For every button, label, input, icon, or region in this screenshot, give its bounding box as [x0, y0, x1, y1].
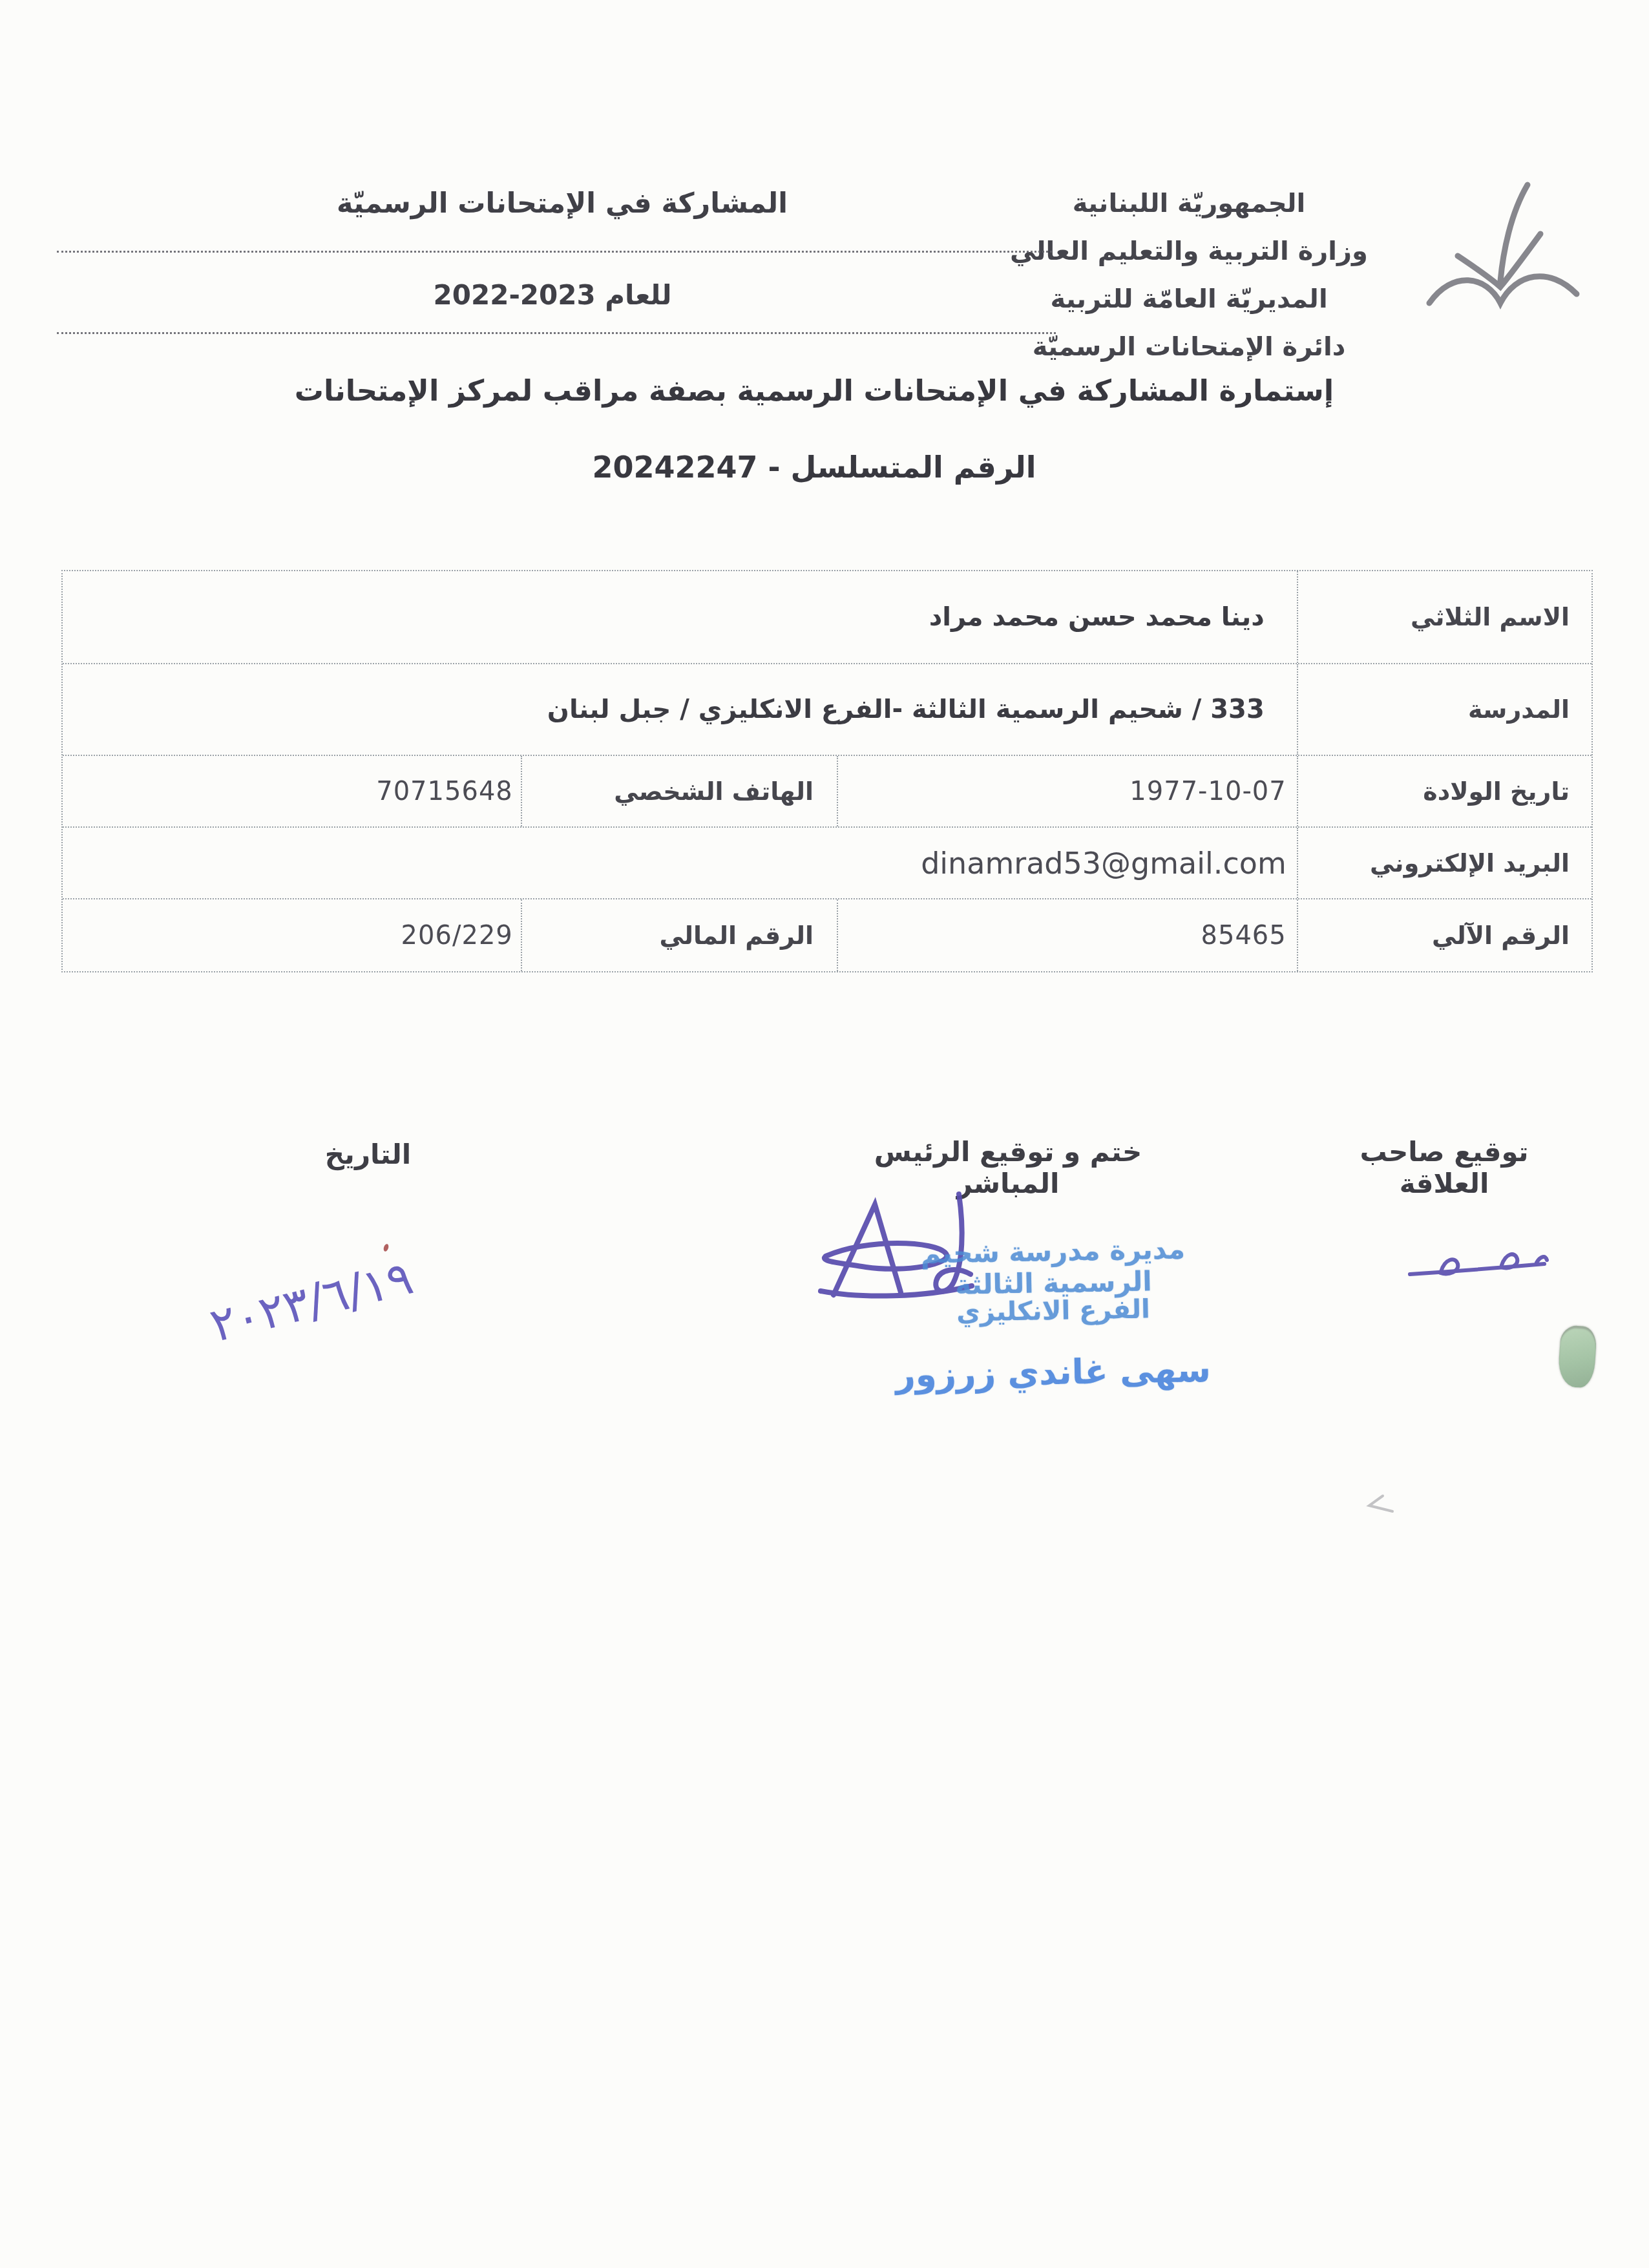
- red-ink-speck: [383, 1243, 389, 1252]
- auto-number-label: الرقم الآلي: [1297, 899, 1591, 971]
- scanned-form-page: الجمهوريّة اللبنانية وزارة التربية والتع…: [0, 0, 1649, 2268]
- email-label: البريد الإلكتروني: [1297, 828, 1591, 898]
- serial-number-line: الرقم المتسلسل - 20242247: [491, 450, 1137, 485]
- participation-title: المشاركة في الإمتحانات الرسميّة: [271, 187, 853, 220]
- financial-number: 206/229: [401, 921, 513, 950]
- stamp-branch-line: الفرع الانكليزي: [874, 1293, 1234, 1329]
- ministry-line-department: دائرة الإمتحانات الرسميّة: [995, 323, 1383, 371]
- dotted-rule-1: [57, 251, 1052, 253]
- financial-number-label: الرقم المالي: [521, 899, 837, 971]
- owner-signature-icon: [1403, 1238, 1552, 1283]
- stamp-director-name: سهى غاندي زرزور: [874, 1350, 1234, 1396]
- table-row-autonumber-financial: الرقم الآلي 85465 الرقم المالي 206/229: [63, 899, 1591, 971]
- stamp-school-line: مديرة مدرسة شحيم الرسمية الثالثة: [873, 1232, 1234, 1302]
- phone-value: 70715648: [63, 756, 521, 826]
- table-row-birthdate-phone: تاريخ الولادة 1977-10-07 الهاتف الشخصي 7…: [63, 756, 1591, 828]
- dotted-rule-2: [57, 332, 1056, 334]
- birthdate-label: تاريخ الولادة: [1297, 756, 1591, 826]
- ministry-header: الجمهوريّة اللبنانية وزارة التربية والتع…: [995, 180, 1383, 371]
- open-book-logo-icon: [1420, 176, 1591, 337]
- auto-number: 85465: [1201, 921, 1287, 950]
- table-row-name: الاسم الثلاثي دينا محمد حسن محمد مراد: [63, 571, 1591, 664]
- email-address: dinamrad53@gmail.com: [921, 846, 1297, 881]
- date-label: التاريخ: [292, 1139, 444, 1170]
- owner-signature-label: توقيع صاحب العلاقة: [1312, 1136, 1577, 1199]
- phone-label: الهاتف الشخصي: [521, 756, 837, 826]
- table-row-school: المدرسة 333 / شحيم الرسمية الثالثة -الفر…: [63, 664, 1591, 756]
- ministry-line-directorate: المديريّة العامّة للتربية: [995, 275, 1383, 323]
- auto-number-value: 85465: [837, 899, 1297, 971]
- green-sticker: [1557, 1325, 1597, 1389]
- birthdate-number: 1977-10-07: [1129, 777, 1286, 806]
- name-value: دينا محمد حسن محمد مراد: [63, 571, 1297, 663]
- financial-number-value: 206/229: [63, 899, 521, 971]
- school-value: 333 / شحيم الرسمية الثالثة -الفرع الانكل…: [63, 664, 1297, 755]
- phone-number: 70715648: [376, 777, 513, 806]
- ministry-line-ministry: وزارة التربية والتعليم العالي: [995, 227, 1383, 275]
- table-row-email: البريد الإلكتروني dinamrad53@gmail.com: [63, 828, 1591, 899]
- stray-pen-mark-icon: [1365, 1493, 1397, 1518]
- info-table: الاسم الثلاثي دينا محمد حسن محمد مراد ال…: [61, 570, 1593, 972]
- form-title: إستمارة المشاركة في الإمتحانات الرسمية ب…: [291, 373, 1338, 408]
- ministry-line-republic: الجمهوريّة اللبنانية: [995, 180, 1383, 227]
- email-value: dinamrad53@gmail.com: [63, 828, 1297, 898]
- year-title: للعام 2023-2022: [271, 279, 834, 311]
- birthdate-value: 1977-10-07: [837, 756, 1297, 826]
- handwritten-date: ٢٠٢٣/٦/١٩: [154, 1237, 468, 1365]
- name-label: الاسم الثلاثي: [1297, 571, 1591, 663]
- school-label: المدرسة: [1297, 664, 1591, 755]
